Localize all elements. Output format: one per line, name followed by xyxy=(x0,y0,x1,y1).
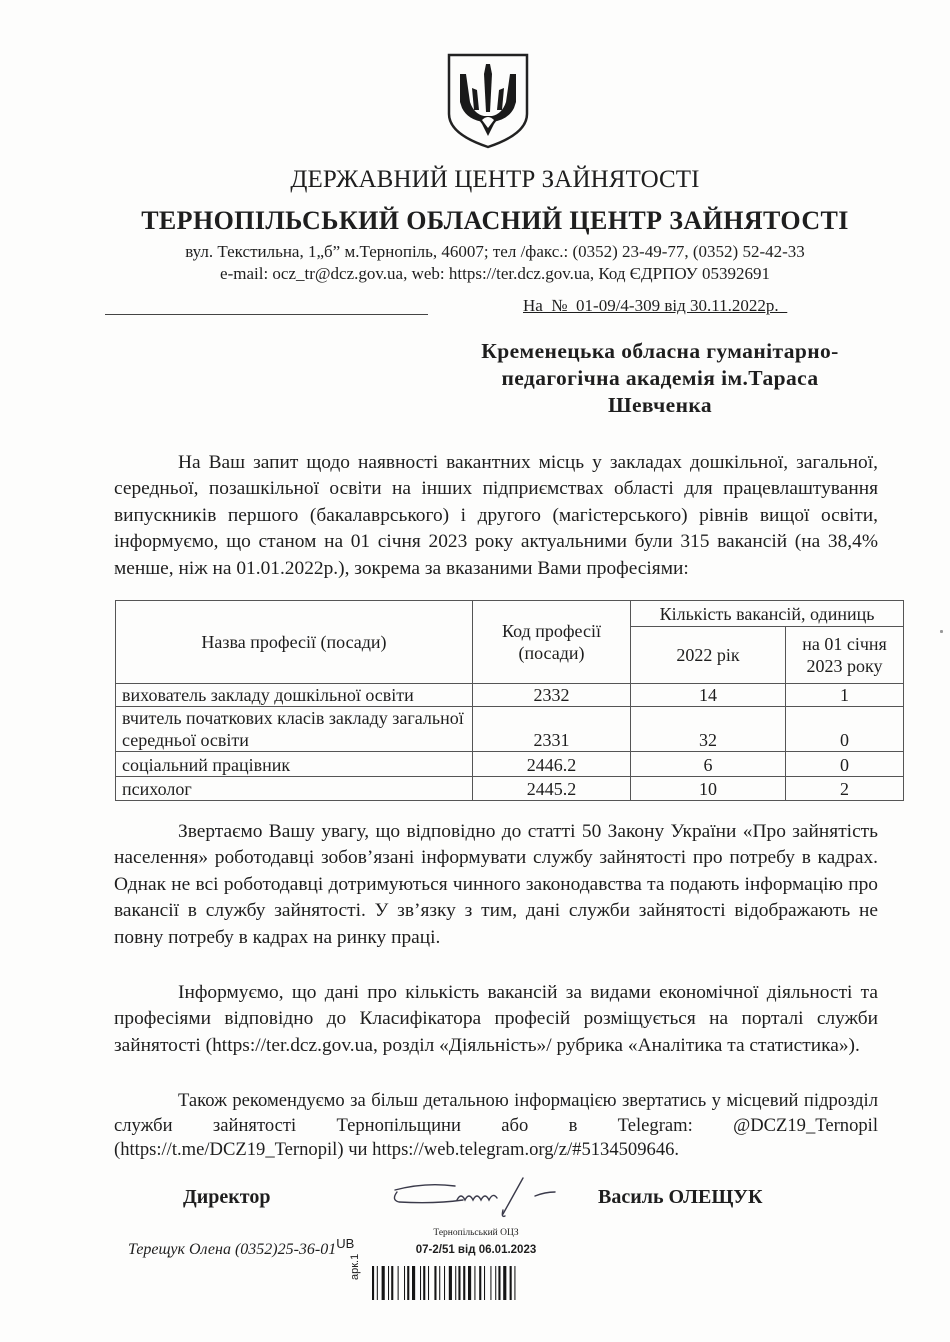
cell-jan-2023: 2 xyxy=(786,777,904,801)
cell-code: 2331 xyxy=(473,707,631,752)
paragraph-telegram-info: Також рекомендуємо за більш детальною ін… xyxy=(114,1089,878,1163)
cell-jan-2023: 0 xyxy=(786,752,904,777)
header-vacancy-count: Кількість вакансій, одиниць xyxy=(631,601,904,627)
barcode-icon xyxy=(372,1266,562,1300)
agency-name: ДЕРЖАВНИЙ ЦЕНТР ЗАЙНЯТОСТІ xyxy=(0,166,950,194)
trident-coat-of-arms-icon xyxy=(446,52,530,150)
cell-jan-2023: 1 xyxy=(786,684,904,707)
recipient-line: педагогічна академія ім.Тараса xyxy=(440,365,880,392)
cell-name: соціальний працівник xyxy=(116,752,473,777)
header-year-2022: 2022 рік xyxy=(631,627,786,684)
cell-jan-2023: 0 xyxy=(786,707,904,752)
scan-speck xyxy=(940,630,943,633)
paragraph-portal-info: Інформуємо, що дані про кількість ваканс… xyxy=(114,980,878,1059)
recipient-line: Шевченка xyxy=(440,392,880,419)
cell-year-2022: 10 xyxy=(631,777,786,801)
executor-contact: Терещук Олена (0352)25-36-01UB xyxy=(128,1236,354,1259)
cell-code: 2446.2 xyxy=(473,752,631,777)
reference-number: На №_01-09/4-309 від 30.11.2022р._ xyxy=(523,296,787,316)
cell-year-2022: 6 xyxy=(631,752,786,777)
signatory-name: Василь ОЛЕЩУК xyxy=(598,1186,762,1209)
paragraph-text: На Ваш запит щодо наявності вакантних мі… xyxy=(114,452,878,579)
cell-year-2022: 32 xyxy=(631,707,786,752)
recipient-line: Кременецька обласна гуманітарно- xyxy=(440,338,880,365)
cell-code: 2332 xyxy=(473,684,631,707)
paragraph-text: Звертаємо Вашу увагу, що відповідно до с… xyxy=(114,821,878,948)
paragraph-text: Інформуємо, що дані про кількість ваканс… xyxy=(114,982,878,1056)
cell-name: вчитель початкових класів закладу загаль… xyxy=(116,707,473,752)
outgoing-number-blank-line xyxy=(105,314,428,315)
table-row: вихователь закладу дошкільної освіти 233… xyxy=(116,684,904,707)
recipient-block: Кременецька обласна гуманітарно- педагог… xyxy=(440,338,880,419)
header-profession-name: Назва професії (посади) xyxy=(116,601,473,684)
table-row: соціальний працівник 2446.2 6 0 xyxy=(116,752,904,777)
cell-name: психолог xyxy=(116,777,473,801)
sheet-label: арк.1 xyxy=(349,1254,361,1280)
cell-name: вихователь закладу дошкільної освіти xyxy=(116,684,473,707)
cell-code: 2445.2 xyxy=(473,777,631,801)
registration-stamp-number: 07-2/51 від 06.01.2023 xyxy=(376,1244,576,1256)
paragraph-legal-notice: Звертаємо Вашу увагу, що відповідно до с… xyxy=(114,819,878,951)
signatory-title: Директор xyxy=(183,1186,271,1209)
cell-year-2022: 14 xyxy=(631,684,786,707)
header-profession-code: Код професії (посади) xyxy=(473,601,631,684)
paragraph-text: Також рекомендуємо за більш детальною ін… xyxy=(114,1090,878,1160)
header-jan-2023: на 01 січня 2023 року xyxy=(786,627,904,684)
contacts-line: e-mail: ocz_tr@dcz.gov.ua, web: https://… xyxy=(0,264,950,284)
registration-stamp-org: Тернопільський ОЦЗ xyxy=(376,1228,576,1238)
handwritten-signature-icon xyxy=(385,1170,565,1228)
paragraph-request-response: На Ваш запит щодо наявності вакантних мі… xyxy=(114,450,878,582)
table-row: психолог 2445.2 10 2 xyxy=(116,777,904,801)
executor-text: Терещук Олена (0352)25-36-01 xyxy=(128,1241,336,1258)
regional-center-name: ТЕРНОПІЛЬСЬКИЙ ОБЛАСНИЙ ЦЕНТР ЗАЙНЯТОСТІ xyxy=(0,206,950,236)
address-line: вул. Текстильна, 1„б” м.Тернопіль, 46007… xyxy=(0,242,950,262)
executor-mark: UB xyxy=(336,1236,354,1251)
table-row: вчитель початкових класів закладу загаль… xyxy=(116,707,904,752)
vacancy-table: Назва професії (посади) Код професії (по… xyxy=(115,600,904,801)
